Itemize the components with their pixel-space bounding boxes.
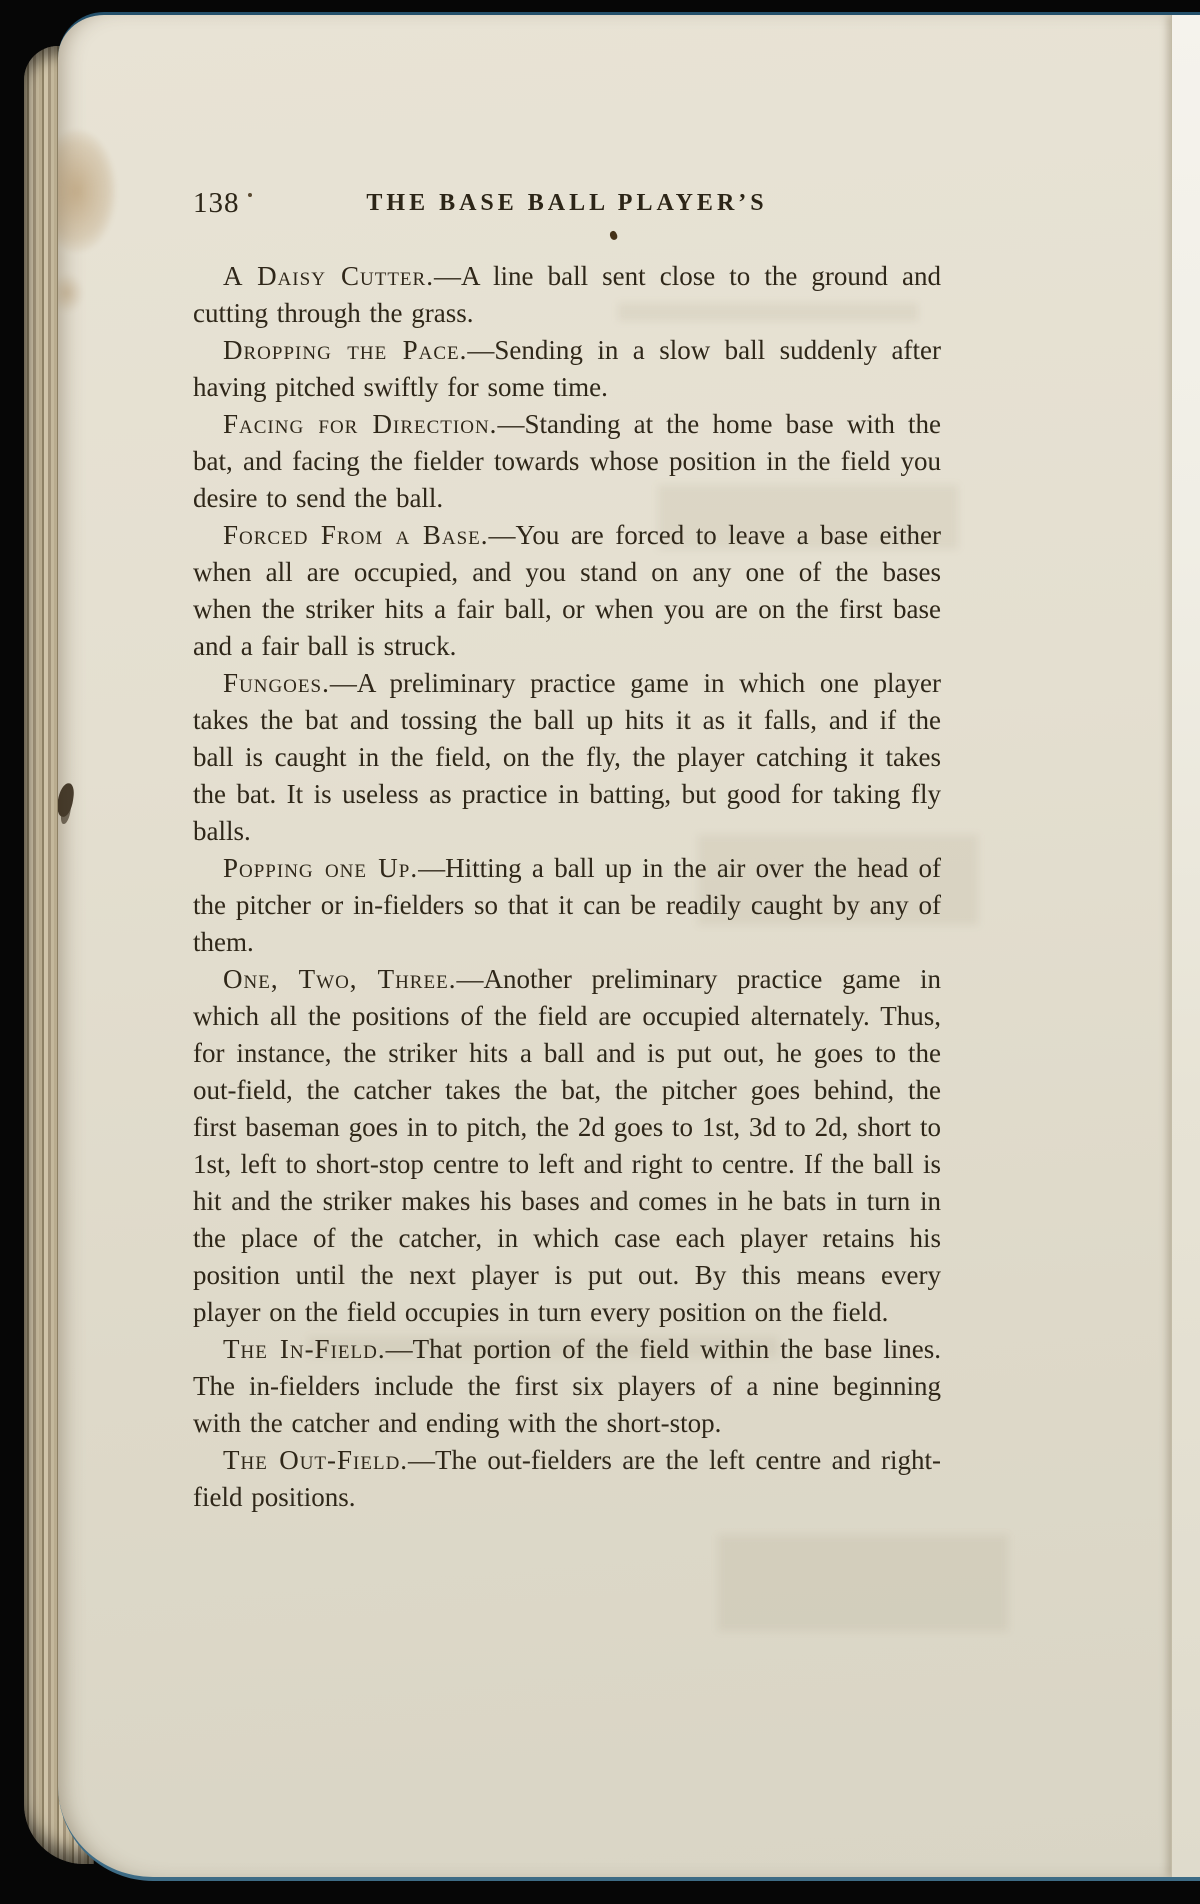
next-page-edge <box>1171 15 1200 1877</box>
definition-paragraph: The In-Field.—That portion of the field … <box>193 1331 941 1442</box>
page-header: 138 THE BASE BALL PLAYER’S <box>193 187 941 227</box>
definition-term: Dropping the Pace. <box>223 335 467 365</box>
definition-term: Forced From a Base. <box>223 520 489 550</box>
book-page: 138 THE BASE BALL PLAYER’S A Daisy Cutte… <box>58 12 1200 1881</box>
running-title: THE BASE BALL PLAYER’S <box>366 190 767 217</box>
definition-term: One, Two, Three. <box>223 964 456 994</box>
definition-paragraph: Facing for Direction.—Standing at the ho… <box>193 406 941 517</box>
definition-term: A Daisy Cutter. <box>223 261 434 291</box>
definition-term: The In-Field. <box>223 1334 386 1364</box>
page-number: 138 <box>193 187 240 220</box>
definition-paragraph: Dropping the Pace.—Sending in a slow bal… <box>193 332 941 406</box>
definition-term: Fungoes. <box>223 668 330 698</box>
definition-paragraph: The Out-Field.—The out-fielders are the … <box>193 1442 941 1516</box>
page-body-text: A Daisy Cutter.—A line ball sent close t… <box>193 258 941 1516</box>
ink-speck <box>608 230 618 241</box>
ink-blot <box>58 782 75 818</box>
definition-paragraph: Forced From a Base.—You are forced to le… <box>193 517 941 665</box>
definition-paragraph: Popping one Up.—Hitting a ball up in the… <box>193 850 941 961</box>
definition-body: —Another preliminary practice game in wh… <box>193 964 941 1327</box>
definition-paragraph: One, Two, Three.—Another preliminary pra… <box>193 961 941 1331</box>
book-scan: 138 THE BASE BALL PLAYER’S A Daisy Cutte… <box>0 0 1200 1904</box>
show-through-smudge <box>718 1535 1008 1631</box>
stain-mark <box>58 273 84 313</box>
definition-term: Popping one Up. <box>223 853 418 883</box>
definition-term: The Out-Field. <box>223 1445 408 1475</box>
definition-paragraph: A Daisy Cutter.—A line ball sent close t… <box>193 258 941 332</box>
stain-mark <box>58 130 116 252</box>
definition-term: Facing for Direction. <box>223 409 497 439</box>
definition-paragraph: Fungoes.—A preliminary practice game in … <box>193 665 941 850</box>
